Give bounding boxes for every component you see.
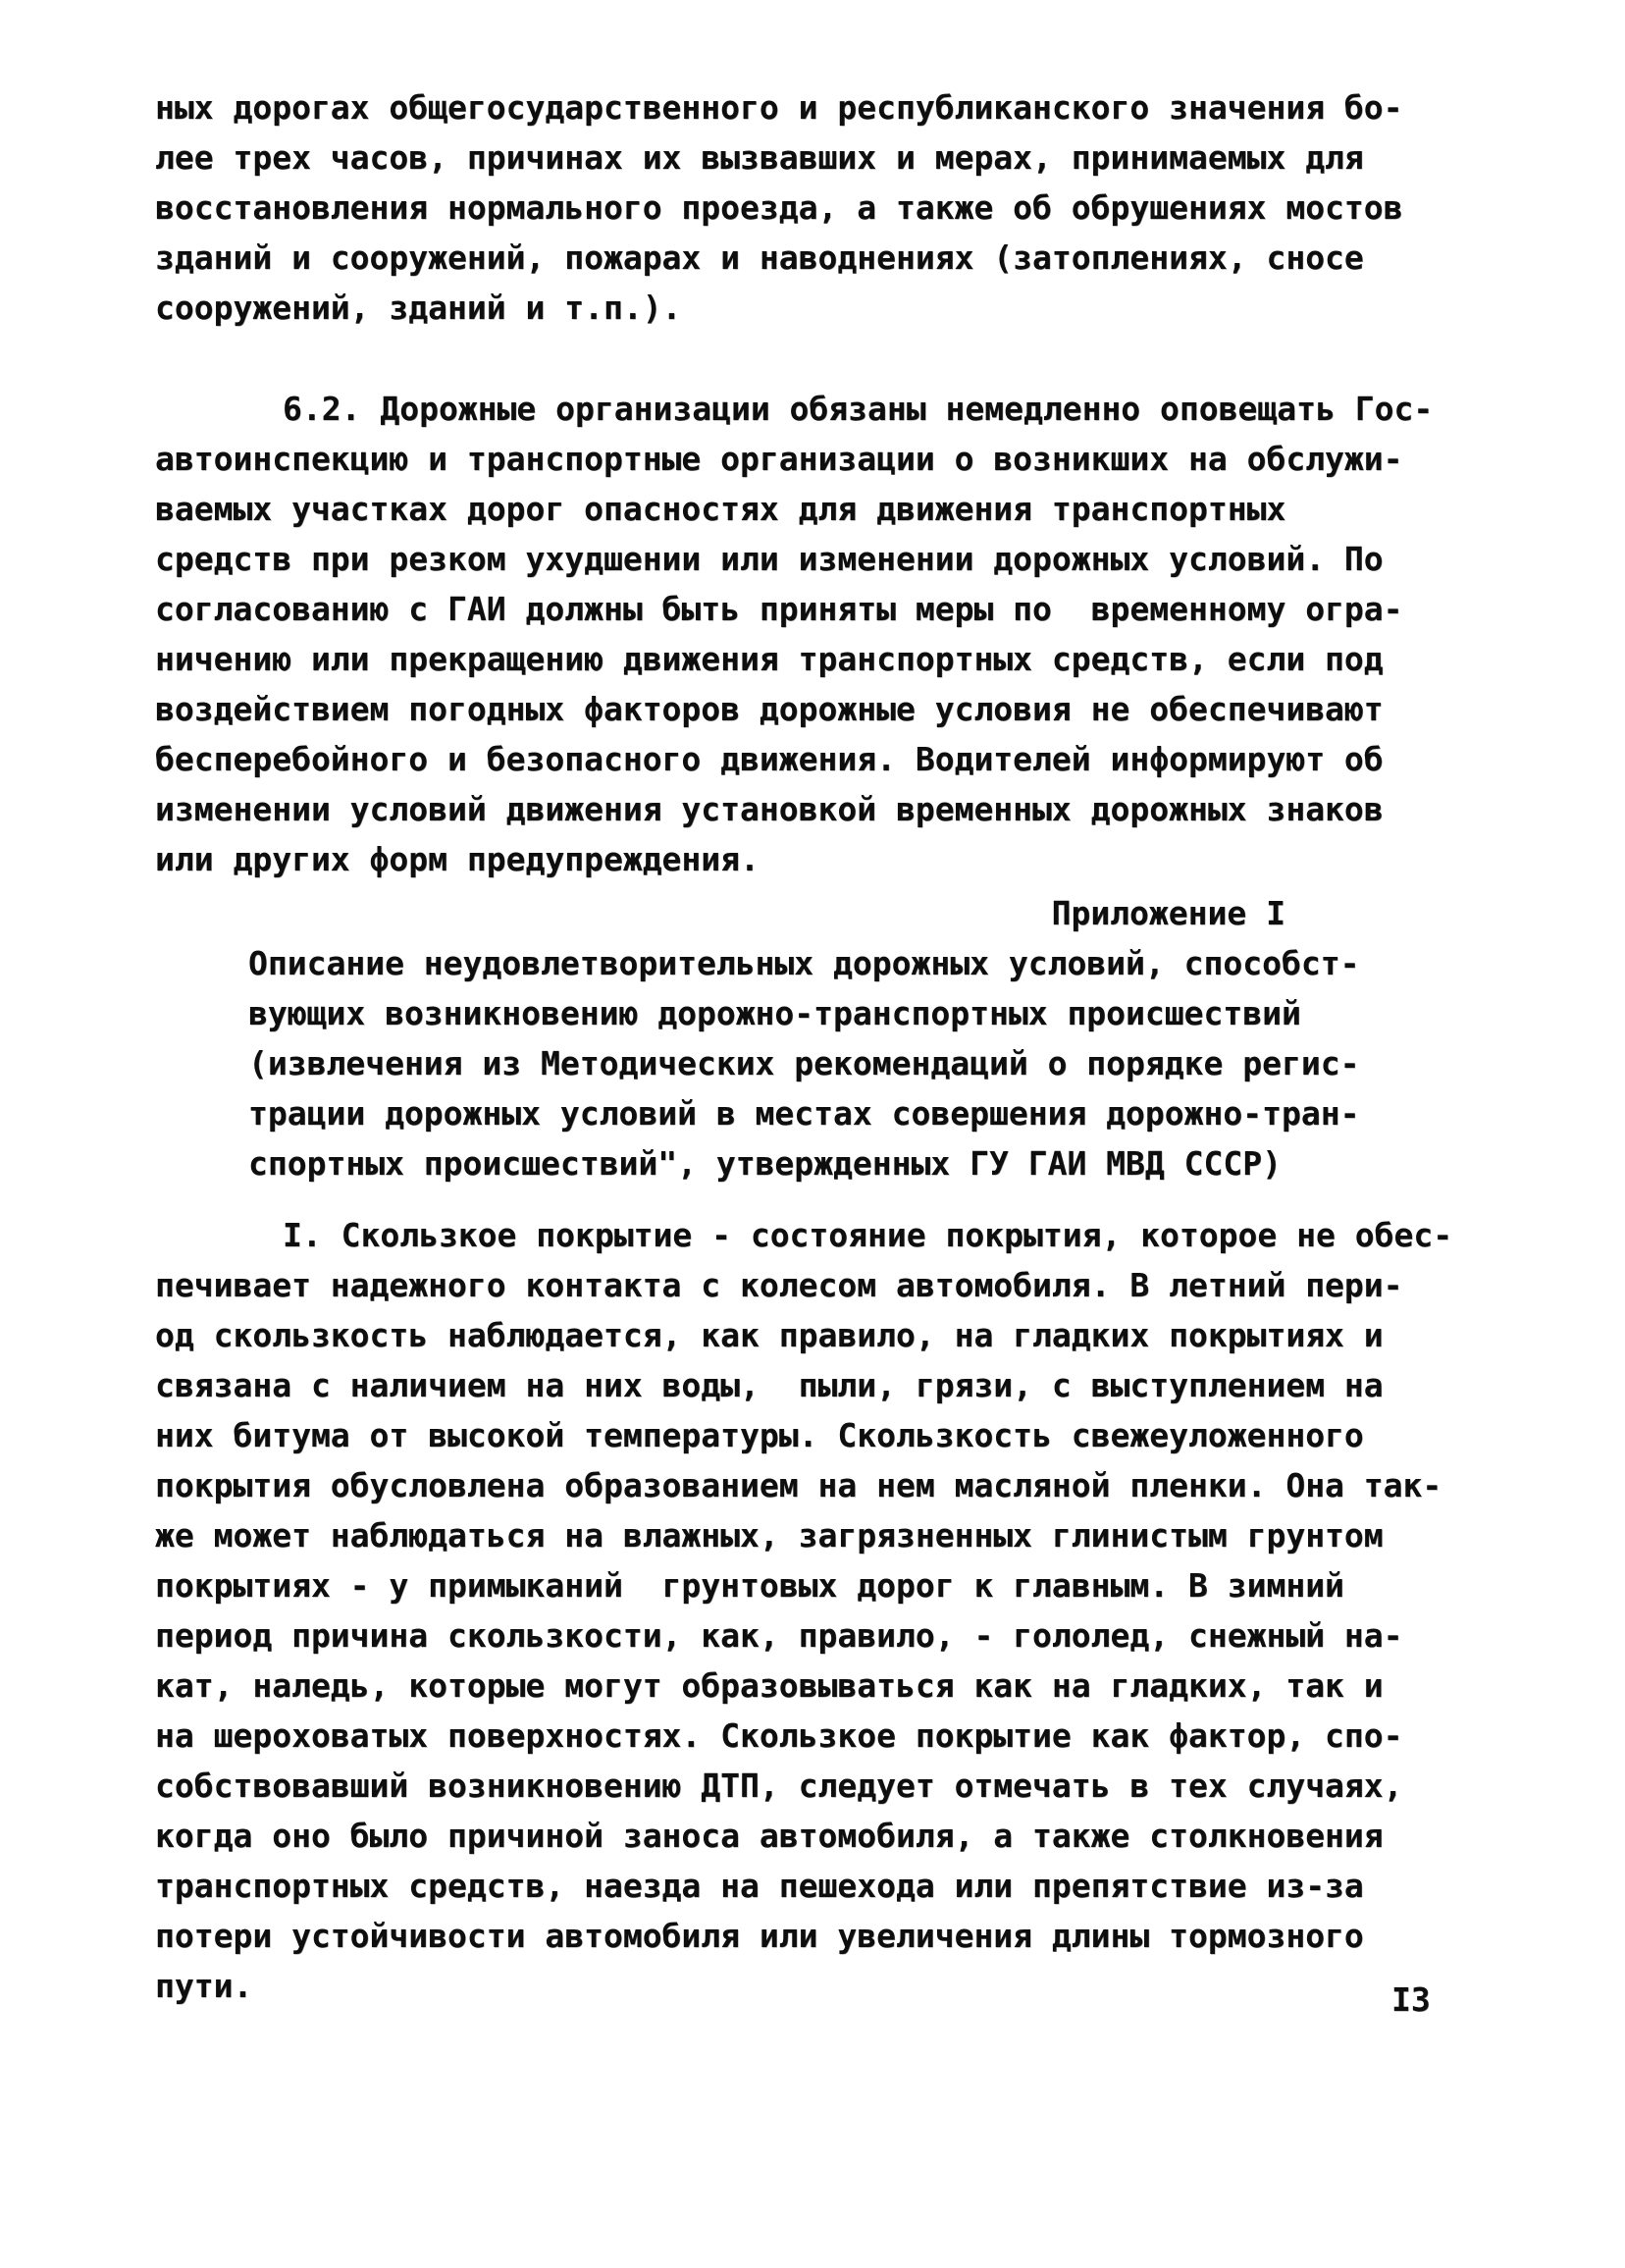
appendix-subtitle: Описание неудовлетворительных дорожных у…: [248, 938, 1537, 1188]
text-line: лее трех часов, причинах их вызвавших и …: [155, 132, 1537, 183]
text-line: них битума от высокой температуры. Сколь…: [155, 1410, 1537, 1460]
text-line: изменении условий движения установкой вр…: [155, 784, 1537, 834]
text-line: транспортных средств, наезда на пешехода…: [155, 1861, 1537, 1911]
text-line: пути.: [155, 1961, 1537, 2011]
text-line: од скользкость наблюдается, как правило,…: [155, 1310, 1537, 1360]
paragraph-item-1: I. Скользкое покрытие - состояние покрыт…: [155, 1210, 1537, 2011]
text-line: собствовавший возникновению ДТП, следует…: [155, 1761, 1537, 1811]
text-line: печивает надежного контакта с колесом ав…: [155, 1260, 1537, 1310]
scanned-document-page: ных дорогах общегосударственного и респу…: [0, 0, 1625, 2268]
text-line: ваемых участках дорог опасностях для дви…: [155, 484, 1537, 534]
text-line: I. Скользкое покрытие - состояние покрыт…: [155, 1210, 1537, 1260]
appendix-heading: Приложение I: [0, 888, 1285, 938]
page-number: I3: [1391, 1975, 1431, 2025]
text-line: трации дорожных условий в местах соверше…: [248, 1088, 1537, 1138]
text-line: покрытия обусловлена образованием на нем…: [155, 1460, 1537, 1510]
text-line: 6.2. Дорожные организации обязаны немедл…: [155, 384, 1537, 434]
text-line: же может наблюдаться на влажных, загрязн…: [155, 1510, 1537, 1560]
text-line: спортных происшествий", утвержденных ГУ …: [248, 1138, 1537, 1188]
text-line: или других форм предупреждения.: [155, 834, 1537, 884]
paragraph-clause-6-2: 6.2. Дорожные организации обязаны немедл…: [155, 384, 1537, 884]
paragraph-continuation: ных дорогах общегосударственного и респу…: [155, 0, 1537, 333]
text-line: согласованию с ГАИ должны быть приняты м…: [155, 584, 1537, 634]
text-line: автоинспекцию и транспортные организации…: [155, 434, 1537, 484]
text-line: период причина скользкости, как, правило…: [155, 1610, 1537, 1661]
text-line: восстановления нормального проезда, а та…: [155, 183, 1537, 233]
text-line: связана с наличием на них воды, пыли, гр…: [155, 1360, 1537, 1410]
text-line: зданий и сооружений, пожарах и наводнени…: [155, 233, 1537, 283]
text-line: потери устойчивости автомобиля или увели…: [155, 1911, 1537, 1961]
text-line: кат, наледь, которые могут образовыватьс…: [155, 1661, 1537, 1711]
text-line: средств при резком ухудшении или изменен…: [155, 534, 1537, 584]
text-line: на шероховатых поверхностях. Скользкое п…: [155, 1711, 1537, 1761]
text-line: покрытиях - у примыканий грунтовых дорог…: [155, 1560, 1537, 1610]
text-line: ничению или прекращению движения транспо…: [155, 634, 1537, 684]
text-line: бесперебойного и безопасного движения. В…: [155, 734, 1537, 784]
text-line: вующих возникновению дорожно-транспортны…: [248, 988, 1537, 1038]
text-line: ных дорогах общегосударственного и респу…: [155, 82, 1537, 132]
text-line: Описание неудовлетворительных дорожных у…: [248, 938, 1537, 988]
text-line: (извлечения из Методических рекомендаций…: [248, 1038, 1537, 1088]
text-line: сооружений, зданий и т.п.).: [155, 283, 1537, 333]
text-line: когда оно было причиной заноса автомобил…: [155, 1811, 1537, 1861]
text-line: воздействием погодных факторов дорожные …: [155, 684, 1537, 734]
